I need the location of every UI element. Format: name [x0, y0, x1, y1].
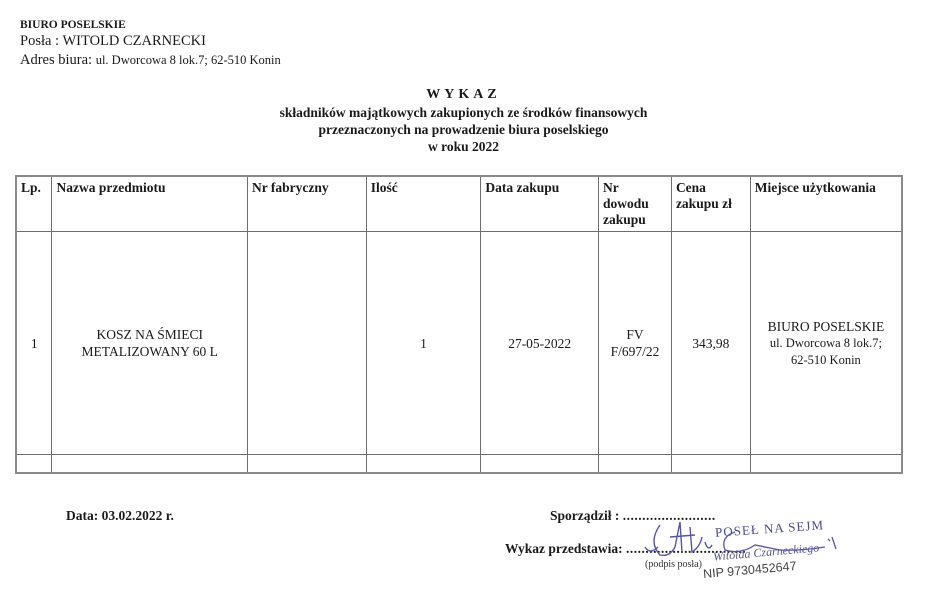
cell-qty: 1 [366, 232, 481, 455]
mp-name: WITOLD CZARNECKI [62, 33, 206, 49]
office-name: BIURO POSELSKIE [20, 19, 126, 31]
cell-name: KOSZ NA ŚMIECI METALIZOWANY 60 L [52, 232, 248, 455]
address-value: ul. Dworcowa 8 lok.7; 62-510 Konin [96, 53, 281, 67]
document-subtitle-2: przeznaczonych na prowadzenie biura pose… [0, 122, 927, 138]
col-header-place: Miejsce użytkowania [750, 176, 902, 232]
document-subtitle-1: składników majątkowych zakupionych ze śr… [0, 105, 927, 121]
mp-line: Posła : WITOLD CZARNECKI [20, 33, 206, 50]
cell-price: 343,98 [671, 232, 750, 455]
col-header-doc: Nr dowodu zakupu [599, 176, 672, 232]
prepared-by-label: Sporządził : [550, 508, 619, 523]
cell-place: BIURO POSELSKIE ul. Dworcowa 8 lok.7; 62… [750, 232, 902, 455]
col-header-serial: Nr fabryczny [248, 176, 367, 232]
table-row-empty [16, 455, 902, 474]
table-row: 1 KOSZ NA ŚMIECI METALIZOWANY 60 L 1 27-… [16, 232, 902, 455]
address-line: Adres biura: ul. Dworcowa 8 lok.7; 62-51… [20, 52, 281, 69]
document-subtitle-3: w roku 2022 [0, 139, 927, 155]
cell-serial [248, 232, 367, 455]
col-header-name: Nazwa przedmiotu [52, 176, 248, 232]
col-header-date: Data zakupu [481, 176, 599, 232]
col-header-lp: Lp. [16, 176, 52, 232]
assets-table: Lp. Nazwa przedmiotu Nr fabryczny Ilość … [15, 175, 903, 474]
presented-by-label: Wykaz przedstawia: [505, 541, 623, 556]
document-title: WYKAZ [0, 87, 927, 103]
cell-date: 27-05-2022 [481, 232, 599, 455]
mp-label: Posła : [20, 33, 59, 49]
col-header-price: Cena zakupu zł [671, 176, 750, 232]
cell-doc: FV F/697/22 [599, 232, 672, 455]
col-header-qty: Ilość [366, 176, 481, 232]
table-header-row: Lp. Nazwa przedmiotu Nr fabryczny Ilość … [16, 176, 902, 232]
cell-lp: 1 [16, 232, 52, 455]
document-date: Data: 03.02.2022 r. [66, 508, 174, 524]
handwritten-signature-icon [640, 517, 840, 567]
address-label: Adres biura: [20, 52, 92, 68]
